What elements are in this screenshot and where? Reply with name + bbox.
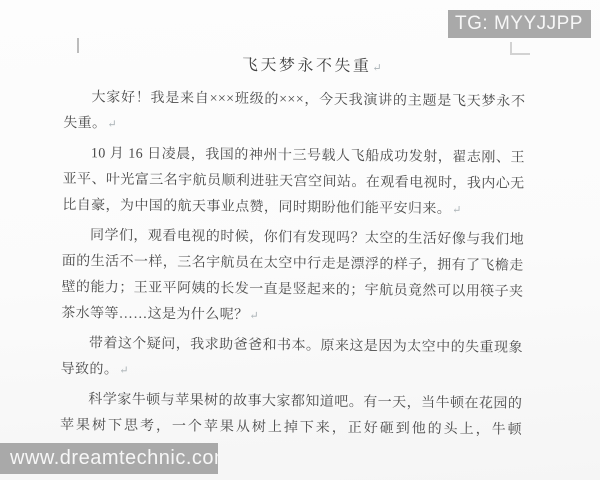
watermark-bottom-left: www.dreamtechnic.com — [0, 443, 218, 474]
title-text: 飞天梦永不失重 — [242, 57, 372, 75]
watermark-top-right: TG: MYYJJPP — [448, 10, 591, 38]
paragraph-text: 带着这个疑问，我求助爸爸和书本。原来这是因为太空中的失重现象导致的。 — [61, 336, 523, 377]
paragraph-mark: ↵ — [107, 118, 116, 130]
paragraph: 带着这个疑问，我求助爸爸和书本。原来这是因为太空中的失重现象导致的。↵ — [61, 331, 524, 388]
document-text: 飞天梦永不失重↵ 大家好！我是来自×××班级的×××，今天我演讲的主题是飞天梦永… — [60, 50, 526, 474]
document-title: 飞天梦永不失重↵ — [64, 50, 526, 78]
paragraph-mark: ↵ — [372, 62, 381, 74]
paragraph-mark: ↵ — [249, 310, 258, 322]
paragraph-text: 同学们，观看电视的时候，你们有发现吗？太空的生活好像与我们地面的生活不一样，三名… — [61, 228, 524, 323]
paragraph-text: 大家好！我是来自×××班级的×××，今天我演讲的主题是飞天梦永不失重。 — [63, 90, 525, 131]
paragraph: 大家好！我是来自×××班级的×××，今天我演讲的主题是飞天梦永不失重。↵ — [63, 85, 526, 142]
paragraph-mark: ↵ — [119, 365, 128, 377]
paragraph: 10 月 16 日凌晨，我国的神州十三号载人飞船成功发射，翟志刚、王亚平、叶光富… — [62, 141, 525, 224]
document-page: TG: MYYJJPP 飞天梦永不失重↵ 大家好！我是来自×××班级的×××，今… — [0, 0, 600, 480]
paragraph-mark: ↵ — [452, 204, 461, 216]
text-boundary-mark-top-right — [510, 42, 530, 55]
paragraph: 同学们，观看电视的时候，你们有发现吗？太空的生活好像与我们地面的生活不一样，三名… — [61, 223, 524, 332]
